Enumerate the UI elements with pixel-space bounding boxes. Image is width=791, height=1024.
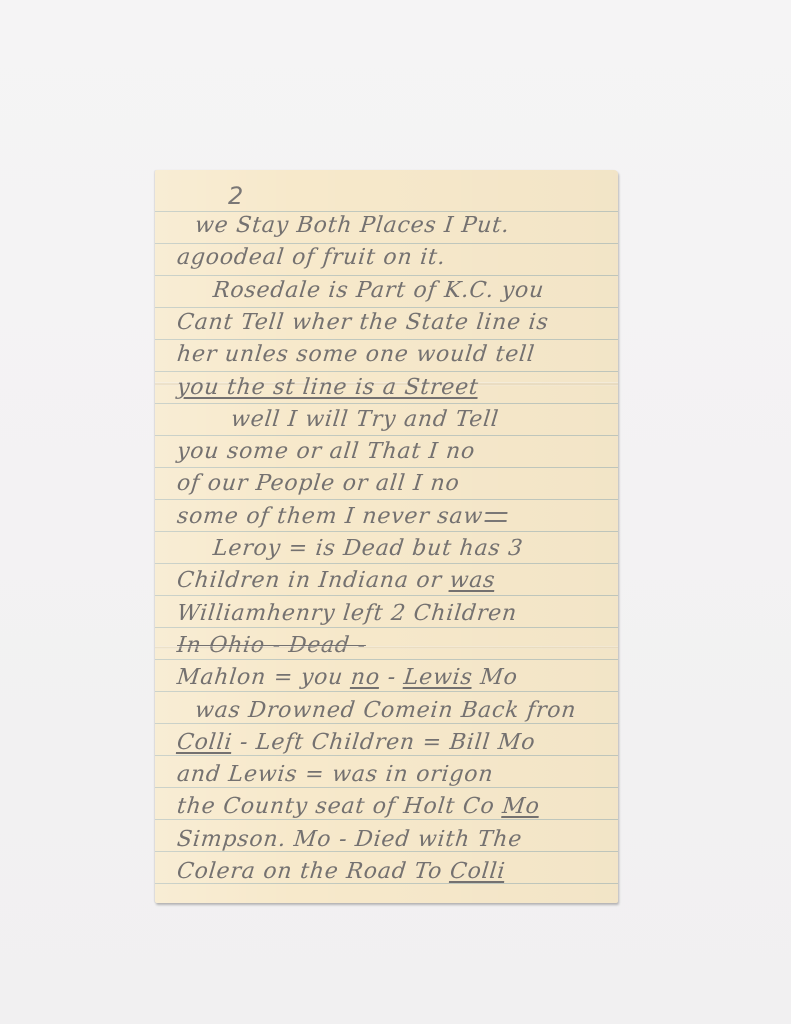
text-run: and Lewis = was in origon [176,762,495,787]
text-run: you some or all That I no [176,439,477,464]
underlined-word: Colli [176,730,234,755]
handwritten-line: Williamhenry left 2 Children [175,598,518,630]
handwritten-line: Mahlon = you no - Lewis Mo [175,662,519,694]
text-run: well I will Try and Tell [230,407,500,432]
handwritten-line: well I will Try and Tell [229,404,500,436]
handwritten-line: some of them I never saw [175,501,508,533]
underlined-word: no [350,665,382,690]
text-run: - [379,665,405,690]
handwritten-line: we Stay Both Places I Put. [193,210,511,242]
text-run: of our People or all I no [176,471,461,496]
double-dash-mark [484,512,507,522]
handwritten-line: Rosedale is Part of K.C. you [211,275,545,307]
handwritten-line: was Drowned Comein Back fron [193,695,578,727]
handwritten-line: her unles some one would tell [175,339,536,371]
handwritten-line: Cant Tell wher the State line is [175,307,550,339]
handwritten-line: In Ohio - Dead - [175,630,367,662]
text-run: her unles some one would tell [176,342,536,367]
text-run: Mahlon [176,665,268,690]
handwritten-line: Colera on the Road To Colli [175,856,507,888]
text-run: Williamhenry left 2 Children [176,601,519,626]
text-run: some of them I never saw [176,504,485,529]
text-run: - Left Children = Bill Mo [231,730,537,755]
handwritten-line: Leroy = is Dead but has 3 [211,533,524,565]
handwritten-line: and Lewis = was in origon [175,759,495,791]
handwritten-line: Children in Indiana or was [175,565,497,597]
text-run: = you [265,665,352,690]
handwritten-line: agoodeal of fruit on it. [175,242,447,274]
underlined-word: was [448,568,496,593]
text-run: you the st line is a Street [176,375,480,400]
text-run: Cant Tell wher the State line is [176,310,550,335]
handwritten-line: you the st line is a Street [175,372,480,404]
text-run: Colera on the Road To [176,859,452,884]
text-run: = is Dead but has 3 [280,536,525,561]
underlined-word: Colli [449,859,507,884]
text-run: Mo [471,665,519,690]
handwritten-line: you some or all That I no [175,436,476,468]
letter-page: 2 we Stay Both Places I Put.agoodeal of … [155,170,618,903]
underlined-word: Lewis [403,665,474,690]
text-run: Simpson. Mo - Died with The [176,827,524,852]
page-number: 2 [228,182,244,210]
text-run: agoodeal of fruit on it. [176,245,447,270]
text-run: we Stay Both Places I Put. [194,213,511,238]
text-run: the County seat of Holt Co [176,794,504,819]
text-run: Children in Indiana or [176,568,451,593]
handwritten-line: the County seat of Holt Co Mo [175,791,541,823]
handwritten-line: Simpson. Mo - Died with The [175,824,523,856]
handwritten-line: Colli - Left Children = Bill Mo [175,727,537,759]
text-run: was Drowned Comein Back fron [194,698,578,723]
text-run: Leroy [212,536,282,561]
text-run: Rosedale is Part of K.C. you [212,278,546,303]
handwritten-line: of our People or all I no [175,468,461,500]
underlined-word: Mo [501,794,541,819]
text-run: In Ohio - Dead - [176,633,367,658]
